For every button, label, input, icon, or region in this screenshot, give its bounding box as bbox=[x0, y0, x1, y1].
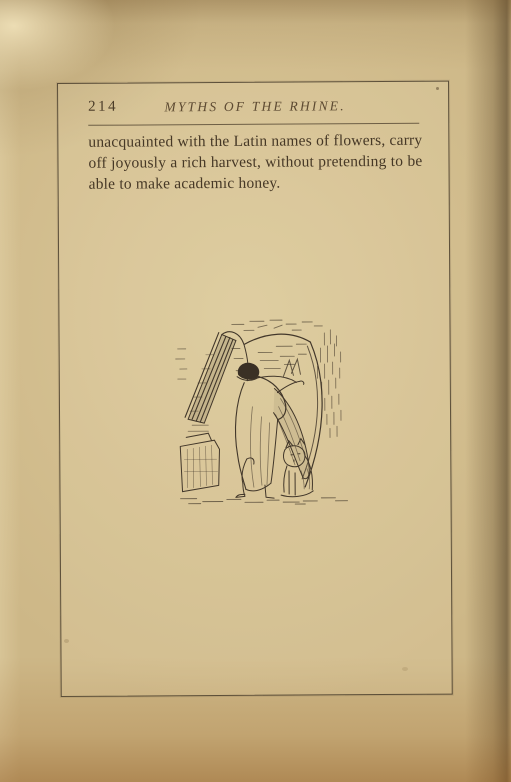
paper-speck bbox=[402, 667, 408, 671]
book-page-scan: { "page": { "number": "214", "title": "M… bbox=[0, 0, 511, 782]
page-title: MYTHS OF THE RHINE. bbox=[88, 98, 422, 116]
page-frame: 214 MYTHS OF THE RHINE. unacquainted wit… bbox=[57, 81, 453, 697]
body-text-line: off joyously a rich harvest, without pre… bbox=[88, 151, 422, 174]
gnome-book-illustration bbox=[173, 317, 355, 506]
stone-block bbox=[180, 433, 220, 492]
body-text-line: able to make academic honey. bbox=[89, 172, 423, 195]
hatch-top bbox=[232, 320, 323, 331]
body-text-line: unacquainted with the Latin names of flo… bbox=[88, 130, 422, 153]
paper-speck bbox=[64, 639, 69, 643]
paper-speck bbox=[436, 87, 439, 90]
running-header: 214 MYTHS OF THE RHINE. bbox=[88, 95, 422, 119]
ground-hatch bbox=[181, 498, 348, 505]
paragraph: unacquainted with the Latin names of flo… bbox=[88, 130, 422, 196]
gnome-figure bbox=[235, 359, 309, 498]
header-divider bbox=[88, 123, 419, 126]
book-left-board bbox=[185, 332, 237, 423]
